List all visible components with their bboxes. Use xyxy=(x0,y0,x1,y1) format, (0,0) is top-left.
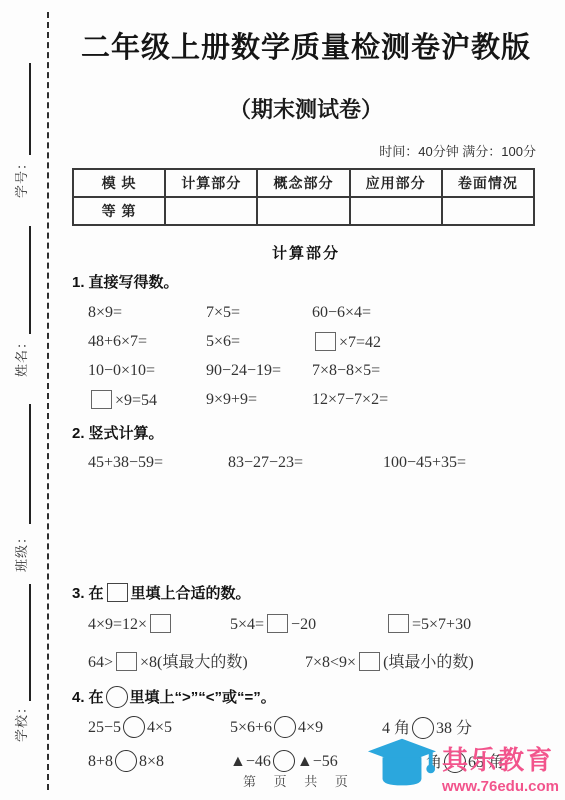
math-expression: 7×5= xyxy=(206,304,312,322)
score-table-grade-row: 等 第 xyxy=(73,197,534,225)
question-3-problems-row1: 4×9=12× 5×4=−20 =5×7+30 xyxy=(72,606,540,642)
exam-paper-page: 学号： 姓名： 班级： 学校： 二年级上册数学质量检测卷沪教版 （期末测试卷） … xyxy=(0,0,565,800)
answer-blank-box[interactable] xyxy=(315,332,336,351)
math-expression: ×7=42 xyxy=(312,332,540,352)
school-label: 学校： xyxy=(11,685,33,757)
question-number: 4. xyxy=(72,689,85,706)
score-table: 模 块 计算部分 概念部分 应用部分 卷面情况 等 第 xyxy=(72,168,535,226)
class-label: 班级： xyxy=(11,515,33,587)
math-expression: 12×7−7×2= xyxy=(312,391,540,409)
student-name-label: 姓名： xyxy=(11,320,33,392)
math-expression: 7×8<9×(填最小的数) xyxy=(305,649,540,672)
question-3-header: 3.在里填上合适的数。 xyxy=(72,582,540,606)
question-number: 2. xyxy=(72,425,85,442)
question-1-problems: 8×9= 7×5= 60−6×4= 48+6×7= 5×6= ×7=42 10−… xyxy=(72,298,540,414)
question-4-header: 4.在里填上“>”“<”或“=”。 xyxy=(72,686,540,710)
page-number-footer: 第 页 共 页 xyxy=(243,771,355,790)
answer-blank-box[interactable] xyxy=(150,614,171,633)
question-number: 3. xyxy=(72,585,85,602)
seal-dashed-line xyxy=(47,12,49,790)
math-expression: 10−0×10= xyxy=(88,362,206,380)
math-expression: 48+6×7= xyxy=(88,333,206,351)
score-header-module: 模 块 xyxy=(73,169,165,197)
score-header-calculation: 计算部分 xyxy=(165,169,257,197)
math-expression: 5×4=−20 xyxy=(230,614,385,634)
paper-subtitle: （期末测试卷） xyxy=(72,93,540,124)
answer-blank-box[interactable] xyxy=(107,583,128,602)
student-id-label: 学号： xyxy=(11,141,33,213)
math-expression: 8×9= xyxy=(88,304,206,322)
comparison-blank-circle[interactable] xyxy=(115,750,137,772)
math-expression: 5×6+64×9 xyxy=(230,716,382,738)
question-2-problems: 45+38−59= 83−27−23= 100−45+35= xyxy=(72,448,540,478)
answer-blank-box[interactable] xyxy=(359,652,380,671)
question-title: 在里填上合适的数。 xyxy=(89,585,251,602)
math-expression: 60−6×4= xyxy=(312,304,540,322)
math-expression: 25−54×5 xyxy=(88,716,230,738)
brand-name: 其乐教育 xyxy=(442,740,559,777)
math-expression: 7×8−8×5= xyxy=(312,362,540,380)
math-expression: ×9=54 xyxy=(88,390,206,410)
question-title: 在里填上“>”“<”或“=”。 xyxy=(89,689,276,706)
comparison-blank-circle[interactable] xyxy=(412,717,434,739)
answer-blank-box[interactable] xyxy=(116,652,137,671)
seal-write-line xyxy=(29,584,31,701)
seal-write-line xyxy=(29,226,31,334)
score-table-header-row: 模 块 计算部分 概念部分 应用部分 卷面情况 xyxy=(73,169,534,197)
comparison-blank-circle[interactable] xyxy=(123,716,145,738)
question-3: 3.在里填上合适的数。 4×9=12× 5×4=−20 =5×7+30 64>×… xyxy=(72,582,540,678)
math-expression: 8+88×8 xyxy=(88,750,230,772)
math-expression: 90−24−19= xyxy=(206,362,312,380)
score-header-presentation: 卷面情况 xyxy=(442,169,534,197)
comparison-blank-circle[interactable] xyxy=(273,750,295,772)
brand-logo: 其乐教育 www.76edu.com xyxy=(366,737,559,798)
grade-cell[interactable] xyxy=(350,197,442,225)
section-title: 计算部分 xyxy=(72,242,540,263)
question-title: 竖式计算。 xyxy=(89,425,164,442)
answer-blank-box[interactable] xyxy=(267,614,288,633)
comparison-blank-circle[interactable] xyxy=(274,716,296,738)
question-3-problems-row2: 64>×8(填最大的数) 7×8<9×(填最小的数) xyxy=(72,642,540,678)
math-expression: 64>×8(填最大的数) xyxy=(88,649,305,672)
question-number: 1. xyxy=(72,274,85,291)
answer-blank-box[interactable] xyxy=(388,614,409,633)
question-2: 2.竖式计算。 45+38−59= 83−27−23= 100−45+35= xyxy=(72,422,540,574)
grade-cell[interactable] xyxy=(257,197,349,225)
math-expression: 100−45+35= xyxy=(383,454,540,472)
math-expression: 4×9=12× xyxy=(88,614,230,634)
math-expression: 9×9+9= xyxy=(206,391,312,409)
answer-blank-box[interactable] xyxy=(91,390,112,409)
grade-row-label: 等 第 xyxy=(73,197,165,225)
math-expression: =5×7+30 xyxy=(385,614,540,634)
math-expression: 83−27−23= xyxy=(228,454,383,472)
graduation-cap-icon xyxy=(366,737,438,798)
grade-cell[interactable] xyxy=(442,197,534,225)
question-title: 直接写得数。 xyxy=(89,274,179,291)
brand-url: www.76edu.com xyxy=(442,778,559,795)
score-header-concept: 概念部分 xyxy=(257,169,349,197)
question-1: 1.直接写得数。 8×9= 7×5= 60−6×4= 48+6×7= 5×6= … xyxy=(72,271,540,414)
vertical-calculation-workspace[interactable] xyxy=(72,478,540,574)
grade-cell[interactable] xyxy=(165,197,257,225)
comparison-blank-circle[interactable] xyxy=(106,686,128,708)
question-1-header: 1.直接写得数。 xyxy=(72,271,540,295)
math-expression: 5×6= xyxy=(206,333,312,351)
math-expression: 45+38−59= xyxy=(88,454,228,472)
seal-write-line xyxy=(29,404,31,524)
math-expression: 4 角38 分 xyxy=(382,715,540,739)
math-expression: ▲−46▲−56 xyxy=(230,750,382,772)
score-header-application: 应用部分 xyxy=(350,169,442,197)
question-2-header: 2.竖式计算。 xyxy=(72,422,540,446)
brand-text: 其乐教育 www.76edu.com xyxy=(442,740,559,795)
time-score-info: 时间：40分钟 满分：100分 xyxy=(72,141,540,160)
paper-content: 二年级上册数学质量检测卷沪教版 （期末测试卷） 时间：40分钟 满分：100分 … xyxy=(72,0,540,778)
paper-title: 二年级上册数学质量检测卷沪教版 xyxy=(72,25,540,66)
